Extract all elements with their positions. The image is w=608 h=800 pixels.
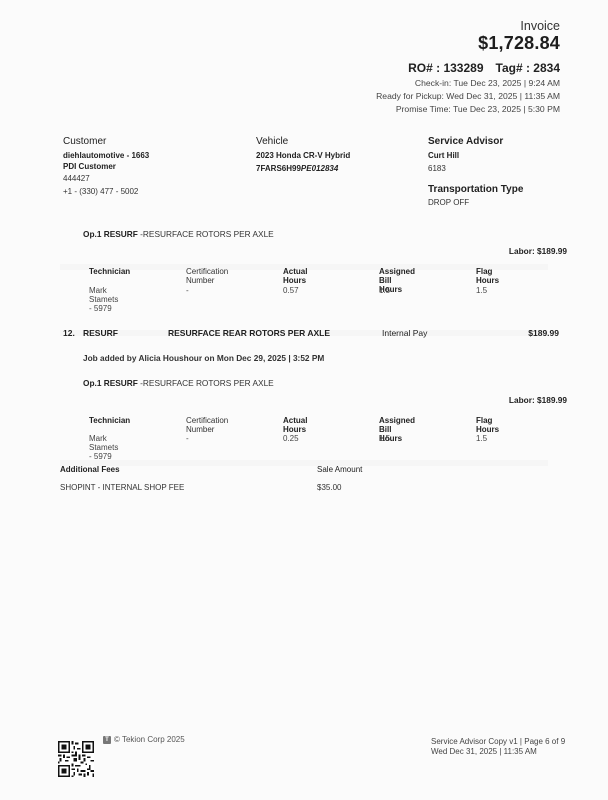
actual-hours: 0.25 (283, 434, 299, 443)
col-flag-hours: Flag Hours (476, 267, 499, 285)
job-code: RESURF (83, 328, 118, 338)
flag-hours: 1.5 (476, 286, 487, 295)
footer-copyright: T © Tekion Corp 2025 (103, 735, 185, 744)
tag-number: Tag# : 2834 (496, 61, 560, 75)
invoice-title: Invoice (520, 19, 560, 33)
flag-hours: 1.5 (476, 434, 487, 443)
col-technician: Technician (89, 416, 130, 425)
fee-amount: $35.00 (317, 483, 341, 492)
printed-date: Wed Dec 31, 2025 | 11:35 AM (431, 747, 537, 756)
sale-amount-header: Sale Amount (317, 465, 362, 474)
service-advisor-title: Service Advisor (428, 136, 503, 147)
op-description: -RESURFACE ROTORS PER AXLE (138, 229, 274, 239)
job-number: 12. (63, 328, 75, 338)
ready-pickup-date: Ready for Pickup: Wed Dec 31, 2025 | 11:… (376, 91, 560, 101)
technician-name: Mark Stamets - 5979 (89, 434, 118, 461)
job-description: RESURFACE REAR ROTORS PER AXLE (168, 328, 330, 338)
op-code: Op.1 RESURF (83, 229, 138, 239)
labor-amount: Labor: $189.99 (509, 395, 567, 405)
copyright-text: © Tekion Corp 2025 (114, 735, 185, 744)
vehicle-title: Vehicle (256, 136, 288, 147)
labor-amount: Labor: $189.99 (509, 246, 567, 256)
op-description: -RESURFACE ROTORS PER AXLE (138, 378, 274, 388)
vin-suffix: PE012834 (301, 164, 338, 173)
checkin-date: Check-in: Tue Dec 23, 2025 | 9:24 AM (415, 78, 560, 88)
assigned-bill-hours: 1.5 (379, 434, 390, 443)
fee-name: SHOPINT - INTERNAL SHOP FEE (60, 483, 184, 492)
col-certification: Certification Number (186, 267, 228, 285)
col-actual-hours: Actual Hours (283, 416, 307, 434)
service-advisor-name: Curt Hill (428, 151, 459, 160)
technician-name: Mark Stamets - 5979 (89, 286, 118, 313)
invoice-total: $1,728.84 (478, 33, 560, 54)
qr-code-icon (58, 740, 94, 778)
promise-time: Promise Time: Tue Dec 23, 2025 | 5:30 PM (396, 104, 560, 114)
customer-phone: +1 - (330) 477 - 5002 (63, 187, 138, 196)
certification-number: - (186, 286, 189, 295)
job-amount: $189.99 (528, 328, 559, 338)
operation-line: Op.1 RESURF -RESURFACE ROTORS PER AXLE (83, 378, 274, 388)
vehicle-description: 2023 Honda CR-V Hybrid (256, 151, 350, 160)
col-certification: Certification Number (186, 416, 228, 434)
op-code: Op.1 RESURF (83, 378, 138, 388)
customer-id: 444427 (63, 174, 90, 183)
tekion-logo-icon: T (103, 736, 111, 744)
certification-number: - (186, 434, 189, 443)
customer-title: Customer (63, 136, 106, 147)
job-added-note: Job added by Alicia Houshour on Mon Dec … (83, 353, 324, 363)
col-technician: Technician (89, 267, 130, 276)
operation-line: Op.1 RESURF -RESURFACE ROTORS PER AXLE (83, 229, 274, 239)
customer-name: diehlautomotive - 1663 (63, 151, 149, 160)
col-actual-hours: Actual Hours (283, 267, 307, 285)
job-pay-type: Internal Pay (382, 328, 427, 338)
ro-tag-line: RO# : 133289Tag# : 2834 (408, 61, 560, 75)
customer-type: PDI Customer (63, 162, 116, 171)
transportation-title: Transportation Type (428, 184, 523, 195)
assigned-bill-hours: 1.5 (379, 286, 390, 295)
scan-streak (60, 460, 548, 466)
actual-hours: 0.57 (283, 286, 299, 295)
service-advisor-id: 6183 (428, 164, 446, 173)
vehicle-vin: 7FARS6H99PE012834 (256, 164, 338, 173)
vin-prefix: 7FARS6H99 (256, 164, 301, 173)
copy-page-info: Service Advisor Copy v1 | Page 6 of 9 (431, 737, 565, 746)
ro-number: RO# : 133289 (408, 61, 483, 75)
col-flag-hours: Flag Hours (476, 416, 499, 434)
fees-header: Additional Fees (60, 465, 120, 474)
transportation-value: DROP OFF (428, 198, 469, 207)
